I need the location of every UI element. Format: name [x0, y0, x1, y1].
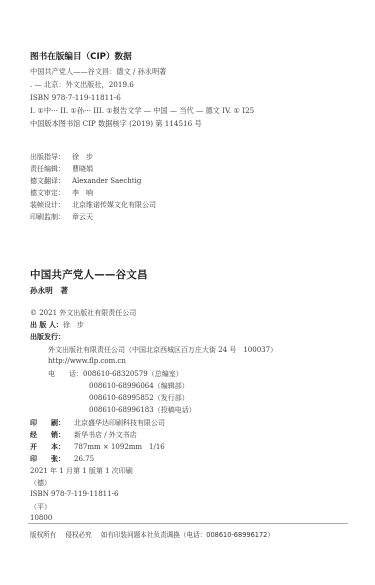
- footer-divider: [28, 523, 348, 524]
- phone-line-submissions: 008610-68996183（投稿电话）: [89, 405, 196, 415]
- phone-line-main: 电 话：008610-68320579（总编室）: [48, 369, 183, 379]
- credit-value: 李 响: [72, 189, 93, 197]
- credit-value: 曹晓娟: [72, 165, 93, 173]
- binding-tag: （平）: [30, 502, 51, 512]
- credit-value: 徐 步: [72, 153, 93, 161]
- phone-line-distribution: 008610-68995852（发行部）: [89, 393, 189, 403]
- credit-value: Alexander Saechtig: [72, 177, 141, 185]
- cip-line-isbn: ISBN 978-7-119-11811-6: [30, 93, 121, 102]
- credit-label: 印刷监制：: [30, 212, 72, 222]
- publisher-label: 出 版 人：: [30, 321, 63, 329]
- replacement-notice: 如有印装问题本社负责调换（电话：008610-68996172）: [101, 531, 274, 539]
- credit-label: 德文审定：: [30, 188, 72, 198]
- spec-label: 印 刷：: [30, 418, 74, 428]
- book-author: 孙永明 著: [30, 285, 68, 296]
- spec-value: 新华书店 / 外文书店: [74, 431, 137, 439]
- publisher-value: 徐 步: [63, 321, 84, 329]
- cip-heading: 图书在版编目（CIP）数据: [30, 50, 132, 62]
- spec-value: 北京盛华达印刷科技有限公司: [74, 419, 165, 427]
- spec-distributor: 经 销：新华书店 / 外文书店: [30, 430, 137, 440]
- spec-label: 开 本：: [30, 442, 74, 452]
- credit-label: 装帧设计：: [30, 200, 72, 210]
- credit-label: 德文翻译：: [30, 176, 72, 186]
- spec-label: 经 销：: [30, 430, 74, 440]
- credit-label: 责任编辑：: [30, 164, 72, 174]
- phone-value: 008610-68320579（总编室）: [83, 370, 183, 378]
- cip-line-classification: I. ①中··· II. ①孙··· III. ①报告文学 — 中国 — 当代 …: [30, 106, 254, 116]
- catalog-code: 10800: [30, 514, 52, 522]
- spec-value: 26.75: [74, 455, 94, 463]
- distribution-org: 外文出版社有限责任公司（中国北京西城区百万庄大街 24 号 100037）: [48, 345, 277, 355]
- credit-label: 出版指导：: [30, 152, 72, 162]
- spec-printer: 印 刷：北京盛华达印刷科技有限公司: [30, 418, 165, 428]
- language-tag: （德）: [30, 478, 51, 488]
- rights-text: 版权所有: [30, 531, 56, 539]
- spec-value: 787mm × 1092mm 1/16: [74, 443, 165, 451]
- phone-label: 电 话：: [48, 370, 83, 378]
- cip-line-record-number: 中国版本图书馆 CIP 数据核字 (2019) 第 114516 号: [30, 119, 202, 129]
- credit-publishing-guidance: 出版指导：徐 步: [30, 152, 93, 162]
- spec-sheets: 印 张：26.75: [30, 454, 94, 464]
- spec-label: 印 张：: [30, 454, 74, 464]
- credit-value: 北京维诺传媒文化有限公司: [72, 201, 156, 209]
- piracy-text: 侵权必究: [65, 531, 91, 539]
- distribution-label: 出版发行：: [30, 332, 65, 342]
- phone-line-editorial: 008610-68996064（编辑部）: [89, 381, 189, 391]
- cip-line-title: 中国共产党人——谷文昌：德文 / 孙永明著: [30, 67, 166, 77]
- credit-reviewer: 德文审定：李 响: [30, 188, 93, 198]
- credit-value: 章云天: [72, 213, 93, 221]
- rights-footer: 版权所有侵权必究如有印装问题本社负责调换（电话：008610-68996172）: [30, 529, 283, 539]
- credit-designer: 装帧设计：北京维诺传媒文化有限公司: [30, 200, 156, 210]
- copyright-line: © 2021 外文出版社有限责任公司: [30, 308, 136, 318]
- credit-editor: 责任编辑：曹晓娟: [30, 164, 93, 174]
- website-link[interactable]: http://www.flp.com.cn: [48, 357, 126, 365]
- credit-print-supervisor: 印刷监制：章云天: [30, 212, 93, 222]
- isbn-line: ISBN 978-7-119-11811-6: [30, 490, 118, 498]
- book-title: 中国共产党人——谷文昌: [30, 267, 148, 282]
- credit-translator: 德文翻译：Alexander Saechtig: [30, 176, 141, 186]
- cip-line-publisher: . — 北京：外文出版社，2019.6: [30, 80, 134, 90]
- spec-format: 开 本：787mm × 1092mm 1/16: [30, 442, 165, 452]
- publisher-line: 出 版 人：徐 步: [30, 320, 84, 330]
- printing-info: 2021 年 1 月第 1 版第 1 次印刷: [30, 466, 133, 476]
